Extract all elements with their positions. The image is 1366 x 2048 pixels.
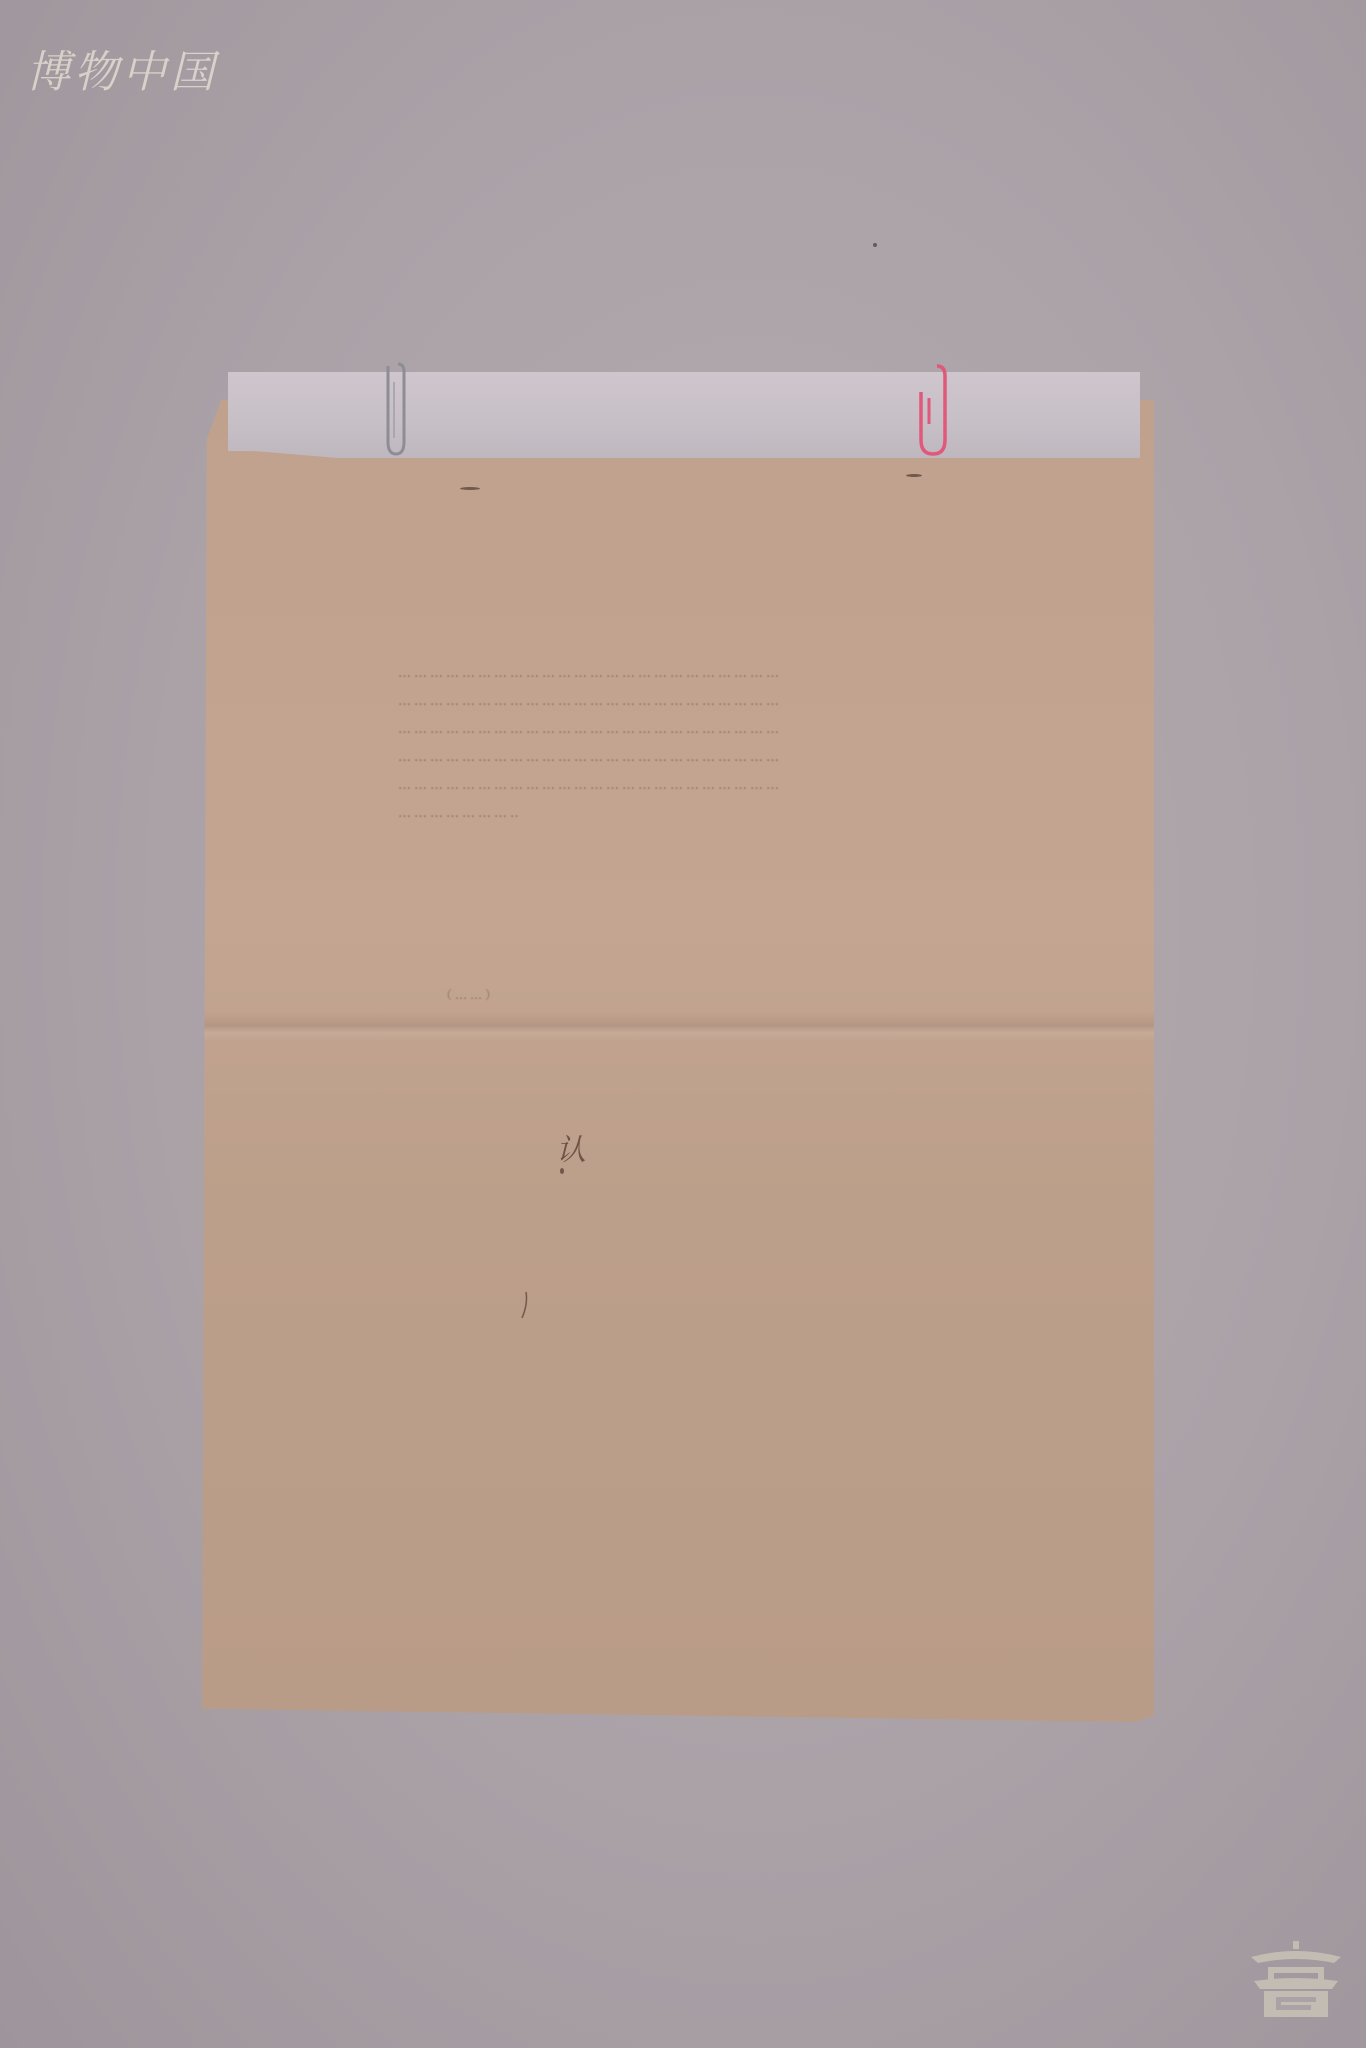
handwritten-tick (518, 1290, 530, 1320)
dust-speck (873, 243, 877, 247)
paperclip-icon[interactable] (915, 362, 949, 458)
folded-paper-strip (228, 372, 1140, 458)
paper-fold-crease (202, 1012, 1154, 1042)
ink-dot (560, 1168, 564, 1174)
text-line: ……………………………………………………………… (398, 744, 958, 772)
watermark-text: 博物中国 (26, 36, 218, 100)
text-line: ……………………………………………………………… (398, 660, 958, 688)
ink-speck (906, 474, 922, 477)
handwritten-mark: 认 (556, 1125, 586, 1169)
text-line: ……………………………………………………………… (398, 688, 958, 716)
document-page (202, 400, 1154, 1722)
pavilion-logo-icon (1246, 1935, 1346, 2025)
signature-line: （……） (440, 986, 500, 1003)
ink-speck (460, 487, 480, 490)
text-line: ……………………………………………………………… (398, 772, 958, 800)
text-line: ……………………………… (398, 800, 518, 828)
document-body-text: ……………………………………………………………… ………………………………………… (398, 660, 958, 828)
text-line: ……………………………………………………………… (398, 716, 958, 744)
paperclip-icon[interactable] (378, 362, 408, 458)
